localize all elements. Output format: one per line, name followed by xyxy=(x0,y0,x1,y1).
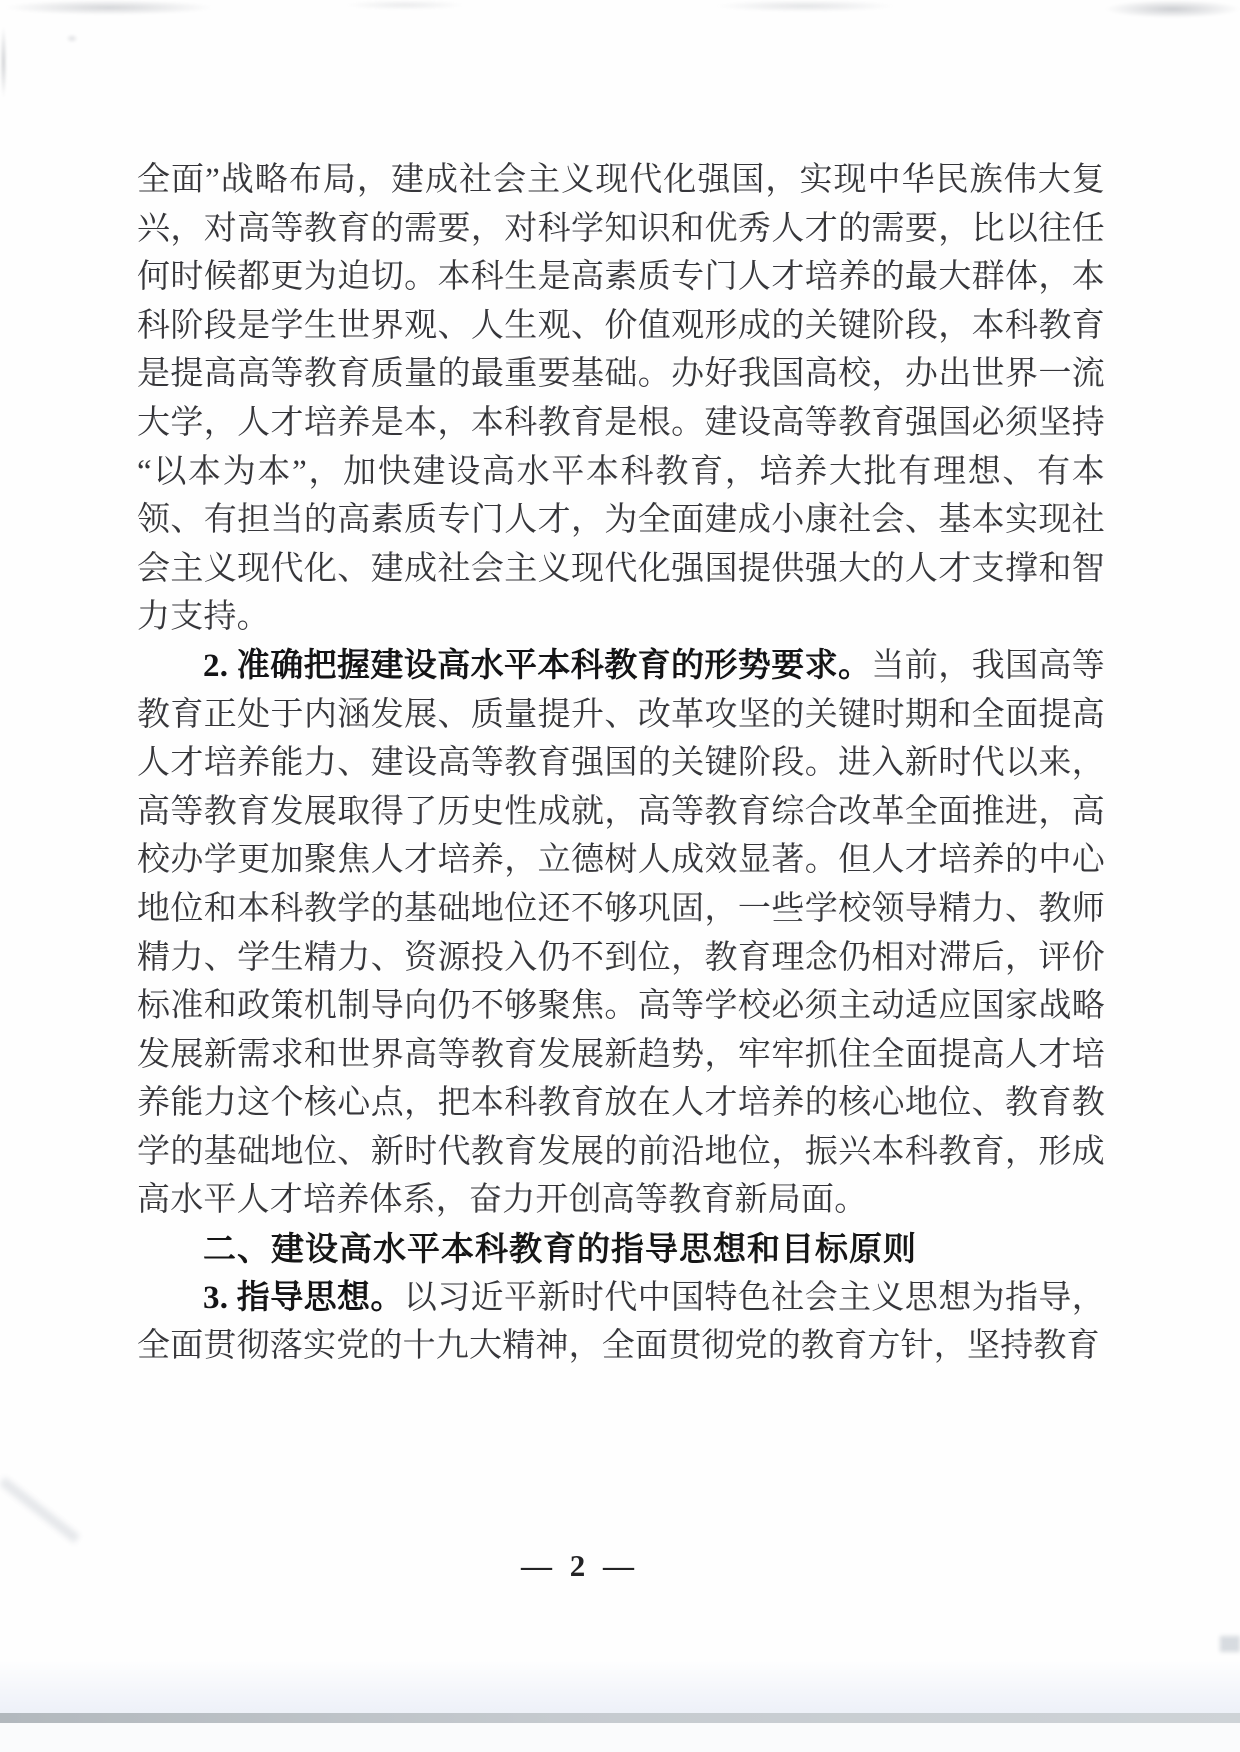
scan-noise-left xyxy=(0,26,7,98)
paragraph-continuation: 全面”战略布局，建成社会主义现代化强国，实现中华民族伟大复兴，对高等教育的需要，… xyxy=(137,156,1105,642)
page-number: — 2 — xyxy=(0,1548,1160,1584)
paragraph-item-3: 3. 指导思想。以习近平新时代中国特色社会主义思想为指导，全面贯彻落实党的十九大… xyxy=(137,1274,1105,1371)
scan-noise-top xyxy=(4,0,214,15)
scan-noise-left xyxy=(0,1477,80,1543)
scanned-document-page: 全面”战略布局，建成社会主义现代化强国，实现中华民族伟大复兴，对高等教育的需要，… xyxy=(0,0,1240,1752)
item-2-run-in-heading: 2. 准确把握建设高水平本科教育的形势要求。 xyxy=(203,648,871,684)
item-3-run-in-heading: 3. 指导思想。 xyxy=(203,1280,404,1316)
scan-noise-top xyxy=(715,0,895,12)
scan-background-below-page xyxy=(0,1723,1240,1752)
scan-bottom-shadow xyxy=(0,1660,1240,1714)
scan-noise-left xyxy=(66,34,78,43)
scan-noise-top xyxy=(1105,0,1240,18)
document-body: 全面”战略布局，建成社会主义现代化强国，实现中华民族伟大复兴，对高等教育的需要，… xyxy=(137,156,1105,1371)
scan-edge-artifact xyxy=(1220,1636,1240,1652)
scan-paper-edge xyxy=(0,1713,1240,1723)
scan-noise-top xyxy=(345,0,465,10)
paragraph-item-2: 2. 准确把握建设高水平本科教育的形势要求。当前，我国高等教育正处于内涵发展、质… xyxy=(137,642,1105,1225)
section-heading: 二、建设高水平本科教育的指导思想和目标原则 xyxy=(137,1225,1105,1274)
item-2-body-text: 当前，我国高等教育正处于内涵发展、质量提升、改革攻坚的关键时期和全面提高人才培养… xyxy=(137,648,1105,1219)
